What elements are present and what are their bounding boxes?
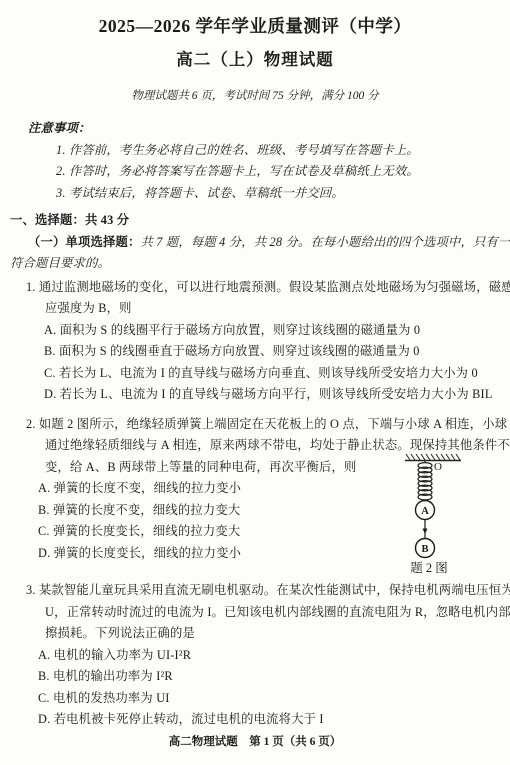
subsection-heading-line1: （一）单项选择题：共 7 题，每题 4 分，共 28 分。在每小题给出的四个选项… <box>0 232 510 254</box>
ceiling-hatch-icon <box>406 454 460 460</box>
spring-ball-diagram: O A B 题 2 图 <box>398 450 474 582</box>
notice-item-3: 3. 考试结束后，将答题卡、试卷、草稿纸一并交回。 <box>0 183 510 205</box>
question-1-option-b: B. 面积为 S 的线圈垂直于磁场方向放置、则穿过该线圈的磁通量为 0 <box>0 341 510 363</box>
question-2-stem-line-1: 2. 如题 2 图所示，绝缘轻质弹簧上端固定在天花板上的 O 点，下端与小球 A… <box>0 414 510 436</box>
question-3-stem-line-1: 3. 某款智能儿童玩具采用直流无刷电机驱动。在某次性能测试中，保持电机两端电压恒… <box>0 580 510 602</box>
subsection-prefix: （一）单项选择题： <box>28 235 140 249</box>
subsection-heading-line2: 符合题目要求的。 <box>0 253 510 275</box>
question-1-stem-line-2: 应强度为 B，则 <box>0 298 510 320</box>
question-2-figure: O A B 题 2 图 <box>398 450 474 582</box>
ball-b-label: B <box>421 544 428 555</box>
spring-icon <box>418 461 432 501</box>
exam-title-line2: 高二（上）物理试题 <box>0 48 510 72</box>
fixed-point-label: O <box>434 461 442 473</box>
question-1-option-c: C. 若长为 L、电流为 I 的直导线与磁场方向垂直、则该导线所受安培力大小为 … <box>0 363 510 385</box>
question-1-option-a: A. 面积为 S 的线圈平行于磁场方向放置，则穿过该线圈的磁通量为 0 <box>0 320 510 342</box>
notice-item-1: 1. 作答前，考生务必将自己的姓名、班级、考号填写在答题卡上。 <box>0 140 510 162</box>
exam-title-line1: 2025—2026 学年学业质量测评（中学） <box>0 14 510 38</box>
question-1-stem-line-1: 1. 通过监测地磁场的变化，可以进行地震预测。假设某监测点处地磁场为匀强磁场，磁… <box>0 277 510 299</box>
question-3-option-a: A. 电机的输入功率为 UI-I²R <box>0 645 510 667</box>
question-3-option-d: D. 若电机被卡死停止转动，流过电机的电流将大于 I <box>0 709 510 731</box>
question-3: 3. 某款智能儿童玩具采用直流无刷电机驱动。在某次性能测试中，保持电机两端电压恒… <box>0 580 510 731</box>
notice-item-2: 2. 作答时，务必将答案写在答题卡上，写在试卷及草稿纸上无效。 <box>0 161 510 183</box>
question-3-option-c: C. 电机的发热功率为 UI <box>0 688 510 710</box>
question-3-option-b: B. 电机的输出功率为 I²R <box>0 666 510 688</box>
notice-heading: 注意事项： <box>0 118 510 140</box>
section-heading: 一、选择题：共 43 分 <box>0 210 510 232</box>
page-footer: 高二物理试题 第 1 页（共 6 页） <box>0 734 510 750</box>
question-1-option-d: D. 若长为 L、电流为 I 的直导线与磁场方向平行，则该导线所受安培力大小为 … <box>0 384 510 406</box>
exam-info-line: 物理试题共 6 页，考试时间 75 分钟，满分 100 分 <box>0 88 510 104</box>
figure-caption: 题 2 图 <box>410 561 448 575</box>
ball-a-label: A <box>421 506 429 517</box>
question-3-stem-line-2: U，正常转动时流过的电流为 I。已知该电机内部线圈的直流电阻为 R，忽略电机内部… <box>0 602 510 624</box>
question-3-stem-line-3: 擦损耗。下列说法正确的是 <box>0 623 510 645</box>
string-arrow-icon <box>423 529 428 535</box>
exam-paper-page: 2025—2026 学年学业质量测评（中学） 高二（上）物理试题 物理试题共 6… <box>0 0 510 765</box>
subsection-rest: 共 7 题，每题 4 分，共 28 分。在每小题给出的四个选项中，只有一项是 <box>140 235 510 249</box>
question-1: 1. 通过监测地磁场的变化，可以进行地震预测。假设某监测点处地磁场为匀强磁场，磁… <box>0 277 510 406</box>
